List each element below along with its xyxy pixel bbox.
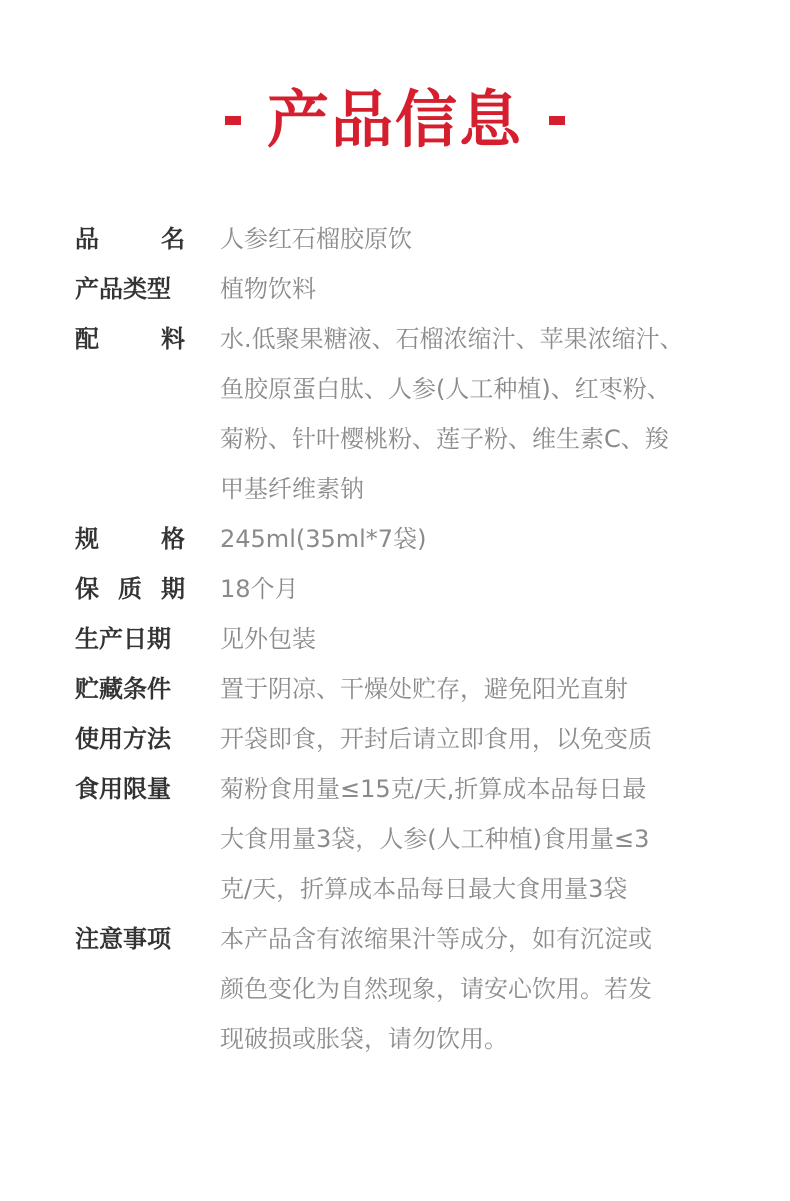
- info-value-line: 见外包装: [220, 614, 755, 664]
- info-label: 品名: [75, 214, 185, 264]
- info-value-line: 植物饮料: [220, 264, 755, 314]
- info-label-part: 产品类型: [75, 264, 171, 314]
- info-label: 注意事项: [75, 914, 185, 964]
- info-label-part: 使用方法: [75, 714, 171, 764]
- info-value-line: 245ml(35ml*7袋): [220, 514, 755, 564]
- info-value: 水.低聚果糖液、石榴浓缩汁、苹果浓缩汁、鱼胶原蛋白肽、人参(人工种植)、红枣粉、…: [220, 314, 755, 514]
- info-value: 开袋即食，开封后请立即食用，以免变质: [220, 714, 755, 764]
- info-value-line: 鱼胶原蛋白肽、人参(人工种植)、红枣粉、: [220, 364, 755, 414]
- info-label-part: 生产日期: [75, 614, 171, 664]
- page-title: 产品信息: [225, 80, 565, 160]
- product-info-table: 品名人参红石榴胶原饮产品类型植物饮料配料水.低聚果糖液、石榴浓缩汁、苹果浓缩汁、…: [75, 214, 755, 1064]
- info-label-part: 注意事项: [75, 914, 171, 964]
- right-dash-decoration: [549, 116, 565, 125]
- info-label: 生产日期: [75, 614, 185, 664]
- info-label: 规格: [75, 514, 185, 564]
- info-row: 贮藏条件置于阴凉、干燥处贮存，避免阳光直射: [75, 664, 755, 714]
- info-value-line: 克/天，折算成本品每日最大食用量3袋: [220, 864, 755, 914]
- info-value: 18个月: [220, 564, 755, 614]
- info-label-part: 格: [161, 514, 185, 564]
- info-value-line: 甲基纤维素钠: [220, 464, 755, 514]
- info-row: 食用限量菊粉食用量≤15克/天,折算成本品每日最大食用量3袋，人参(人工种植)食…: [75, 764, 755, 914]
- info-label: 食用限量: [75, 764, 185, 814]
- left-dash-decoration: [225, 116, 241, 125]
- info-row: 规格245ml(35ml*7袋): [75, 514, 755, 564]
- info-value-line: 菊粉食用量≤15克/天,折算成本品每日最: [220, 764, 755, 814]
- info-label-part: 食用限量: [75, 764, 171, 814]
- info-row: 产品类型植物饮料: [75, 264, 755, 314]
- info-label-part: 规: [75, 514, 99, 564]
- info-value-line: 18个月: [220, 564, 755, 614]
- info-row: 注意事项本产品含有浓缩果汁等成分，如有沉淀或颜色变化为自然现象，请安心饮用。若发…: [75, 914, 755, 1064]
- page-title-text: 产品信息: [267, 80, 523, 160]
- info-value: 植物饮料: [220, 264, 755, 314]
- info-value-line: 水.低聚果糖液、石榴浓缩汁、苹果浓缩汁、: [220, 314, 755, 364]
- info-label-part: 期: [161, 564, 185, 614]
- info-value-line: 本产品含有浓缩果汁等成分，如有沉淀或: [220, 914, 755, 964]
- info-label-part: 料: [161, 314, 185, 364]
- info-value-line: 菊粉、针叶樱桃粉、莲子粉、维生素C、羧: [220, 414, 755, 464]
- info-value-line: 大食用量3袋，人参(人工种植)食用量≤3: [220, 814, 755, 864]
- info-label: 使用方法: [75, 714, 185, 764]
- info-value: 置于阴凉、干燥处贮存，避免阳光直射: [220, 664, 755, 714]
- info-label-part: 贮藏条件: [75, 664, 171, 714]
- info-value-line: 现破损或胀袋，请勿饮用。: [220, 1014, 755, 1064]
- info-value: 见外包装: [220, 614, 755, 664]
- info-value-line: 开袋即食，开封后请立即食用，以免变质: [220, 714, 755, 764]
- info-value-line: 置于阴凉、干燥处贮存，避免阳光直射: [220, 664, 755, 714]
- info-label-part: 保: [75, 564, 99, 614]
- info-row: 使用方法开袋即食，开封后请立即食用，以免变质: [75, 714, 755, 764]
- info-value-line: 颜色变化为自然现象，请安心饮用。若发: [220, 964, 755, 1014]
- info-label-part: 品: [75, 214, 99, 264]
- info-value: 本产品含有浓缩果汁等成分，如有沉淀或颜色变化为自然现象，请安心饮用。若发现破损或…: [220, 914, 755, 1064]
- info-value: 245ml(35ml*7袋): [220, 514, 755, 564]
- info-value: 人参红石榴胶原饮: [220, 214, 755, 264]
- info-label: 产品类型: [75, 264, 185, 314]
- info-row: 配料水.低聚果糖液、石榴浓缩汁、苹果浓缩汁、鱼胶原蛋白肽、人参(人工种植)、红枣…: [75, 314, 755, 514]
- info-label: 贮藏条件: [75, 664, 185, 714]
- info-value: 菊粉食用量≤15克/天,折算成本品每日最大食用量3袋，人参(人工种植)食用量≤3…: [220, 764, 755, 914]
- info-label-part: 配: [75, 314, 99, 364]
- info-label-part: 质: [118, 564, 142, 614]
- info-row: 品名人参红石榴胶原饮: [75, 214, 755, 264]
- info-value-line: 人参红石榴胶原饮: [220, 214, 755, 264]
- header: 产品信息: [0, 80, 790, 160]
- info-row: 保质期18个月: [75, 564, 755, 614]
- info-label-part: 名: [161, 214, 185, 264]
- info-row: 生产日期见外包装: [75, 614, 755, 664]
- info-label: 配料: [75, 314, 185, 364]
- info-label: 保质期: [75, 564, 185, 614]
